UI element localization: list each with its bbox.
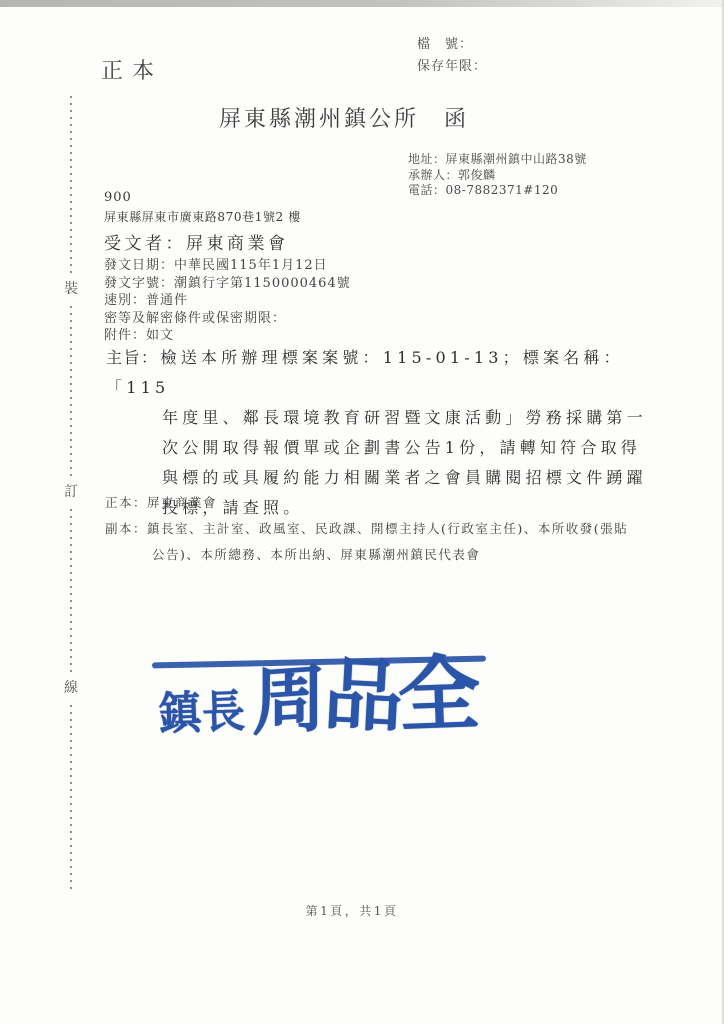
sender-contact-block: 地址：屏東縣潮州鎮中山路38號 承辦人：郭俊麟 電話：08-7882371#12… <box>408 152 587 199</box>
stamp-name-char: 品 <box>322 654 405 737</box>
mayor-signature-stamp: 鎮長 周 品 全 <box>150 646 495 771</box>
cc-copy-value: 鎮長室、主計室、政風室、民政課、開標主持人(行政室主任)、本所收發(張貼 <box>147 521 628 536</box>
document-title: 屏東縣潮州鎮公所 函 <box>0 102 688 133</box>
recipient-postal-code: 900 <box>104 190 301 205</box>
original-copy-label: 正本： <box>105 495 147 510</box>
cc-copy-label: 副本： <box>105 521 147 536</box>
page-number: 第1頁，共1頁 <box>0 902 704 919</box>
subject-line: 次公開取得報價單或企劃書公告1份，請轉知符合取得 <box>106 433 676 463</box>
distribution-block: 正本：屏東商業會 副本：鎮長室、主計室、政風室、民政課、開標主持人(行政室主任)… <box>105 490 628 568</box>
issue-date: 發文日期：中華民國115年1月12日 <box>104 257 351 275</box>
retention-period-label: 保存年限： <box>417 56 487 78</box>
binding-char-ding: 訂 <box>61 477 81 505</box>
sender-address: 地址：屏東縣潮州鎮中山路38號 <box>408 152 587 168</box>
file-info-block: 檔 號： 保存年限： <box>417 34 487 78</box>
cc-copy-line: 副本：鎮長室、主計室、政風室、民政課、開標主持人(行政室主任)、本所收發(張貼 <box>105 516 628 542</box>
original-copy-value: 屏東商業會 <box>147 495 217 510</box>
binding-char-xian: 線 <box>61 673 81 701</box>
recipient-address: 屏東縣屏東市廣東路870巷1號2 樓 <box>104 208 301 225</box>
contact-phone: 電話：08-7882371#120 <box>408 183 587 199</box>
subject-line: 主旨：檢送本所辦理標案案號：115-01-13；標案名稱：「115 <box>106 343 676 403</box>
original-copy-line: 正本：屏東商業會 <box>105 490 628 516</box>
stamp-name-char: 全 <box>397 653 482 738</box>
speed-class: 速別：普通件 <box>104 292 351 310</box>
recipient-block: 900 屏東縣屏東市廣東路870巷1號2 樓 受文者：屏東商業會 <box>104 190 301 254</box>
file-number-label: 檔 號： <box>417 34 487 56</box>
document-meta-block: 發文日期：中華民國115年1月12日 發文字號：潮鎮行字第1150000464號… <box>104 257 351 345</box>
stamp-title-label: 鎮長 <box>157 674 247 742</box>
cc-copy-line: 公告)、本所總務、本所出納、屏東縣潮州鎮民代表會 <box>105 542 628 568</box>
subject-line: 與標的或具履約能力相關業者之會員購閱招標文件踴躍 <box>106 463 676 493</box>
security-class: 密等及解密條件或保密期限： <box>104 310 351 328</box>
subject-text: 檢送本所辦理標案案號：115-01-13；標案名稱：「115 <box>106 348 624 397</box>
scan-artifact-top-edge <box>0 0 724 7</box>
subject-label: 主旨： <box>106 348 159 367</box>
subject-line: 年度里、鄰長環境教育研習暨文康活動」勞務採購第一 <box>106 403 676 433</box>
contact-person: 承辦人：郭俊麟 <box>408 168 587 184</box>
issue-number: 發文字號：潮鎮行字第1150000464號 <box>104 275 351 293</box>
recipient-line: 受文者：屏東商業會 <box>104 229 301 254</box>
binding-char-zhuang: 裝 <box>61 274 81 302</box>
copy-type-label: 正本 <box>101 54 163 85</box>
stamp-name-char: 周 <box>252 661 326 740</box>
document-page: 正本 檔 號： 保存年限： 屏東縣潮州鎮公所 函 地址：屏東縣潮州鎮中山路38號… <box>0 0 724 1024</box>
